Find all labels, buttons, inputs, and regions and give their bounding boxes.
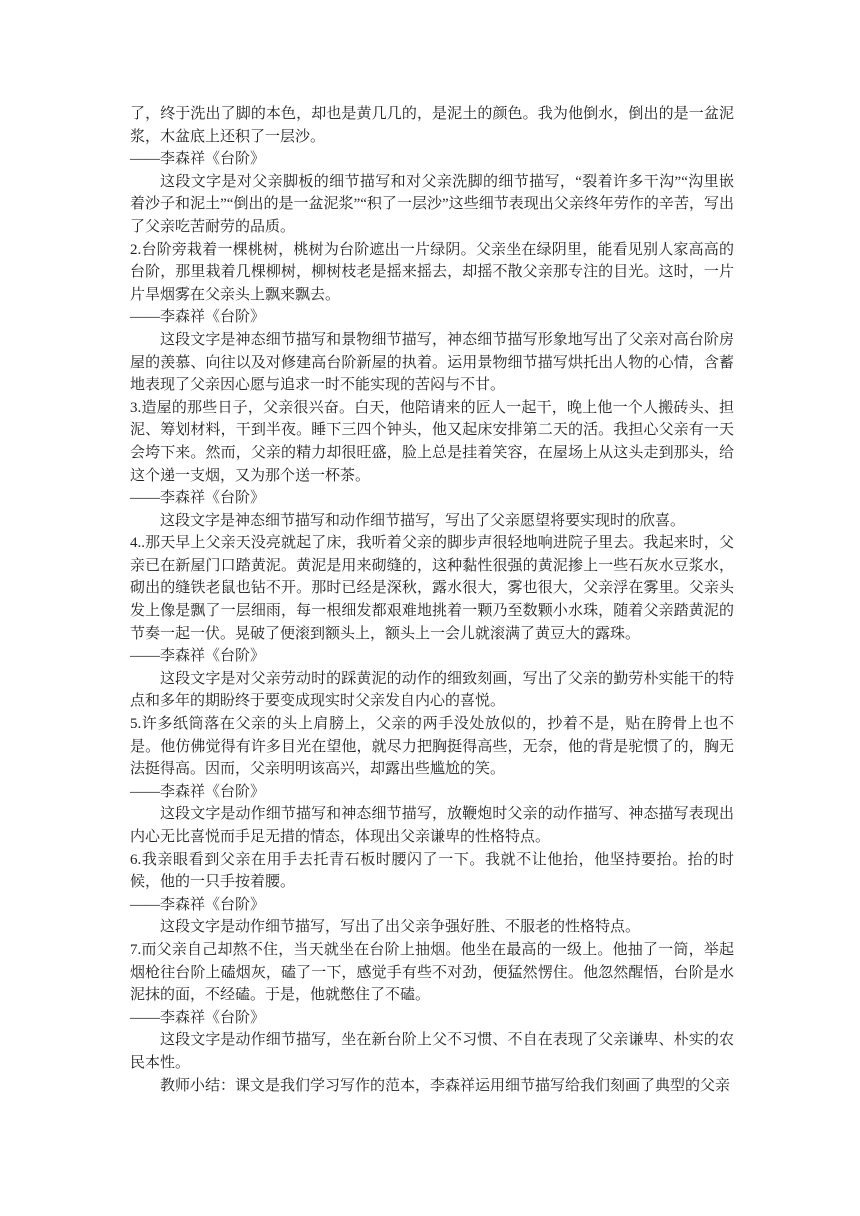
excerpt-paragraph: 6.我亲眼看到父亲在用手去托青石板时腰闪了一下。我就不让他抬，他坚持要抬。抬的时… (130, 849, 734, 894)
passage-section-2: 2.台阶旁栽着一棵桃树，桃树为台阶遮出一片绿阴。父亲坐在绿阴里，能看见别人家高高… (130, 239, 734, 397)
attribution-line: ——李森祥《台阶》 (130, 894, 734, 917)
excerpt-paragraph: 7.而父亲自己却熬不住，当天就坐在台阶上抽烟。他坐在最高的一级上。他抽了一筒，举… (130, 939, 734, 1007)
excerpt-paragraph: 4..那天早上父亲天没亮就起了床，我听着父亲的脚步声很轻地响进院子里去。我起来时… (130, 532, 734, 645)
document-content: 了，终于洗出了脚的本色，却也是黄几几的，是泥土的颜色。我为他倒水，倒出的是一盆泥… (130, 103, 734, 1097)
passage-section-5: 5.许多纸筒落在父亲的头上肩膀上，父亲的两手没处放似的，抄着不是，贴在胯骨上也不… (130, 713, 734, 849)
passage-section-4: 4..那天早上父亲天没亮就起了床，我听着父亲的脚步声很轻地响进院子里去。我起来时… (130, 532, 734, 713)
analysis-paragraph: 这段文字是对父亲劳动时的踩黄泥的动作的细致刻画，写出了父亲的勤劳朴实能干的特点和… (130, 668, 734, 713)
attribution-line: ——李森祥《台阶》 (130, 487, 734, 510)
excerpt-paragraph: 了，终于洗出了脚的本色，却也是黄几几的，是泥土的颜色。我为他倒水，倒出的是一盆泥… (130, 103, 734, 148)
attribution-line: ——李森祥《台阶》 (130, 1007, 734, 1030)
passage-section-6: 6.我亲眼看到父亲在用手去托青石板时腰闪了一下。我就不让他抬，他坚持要抬。抬的时… (130, 849, 734, 939)
document-page: 了，终于洗出了脚的本色，却也是黄几几的，是泥土的颜色。我为他倒水，倒出的是一盆泥… (0, 0, 860, 1216)
analysis-paragraph: 这段文字是动作细节描写和神态细节描写，放鞭炮时父亲的动作描写、神态描写表现出内心… (130, 803, 734, 848)
attribution-line: ——李森祥《台阶》 (130, 781, 734, 804)
analysis-paragraph: 这段文字是动作细节描写，写出了出父亲争强好胜、不服老的性格特点。 (130, 916, 734, 939)
analysis-paragraph: 这段文字是神态细节描写和动作细节描写，写出了父亲愿望将要实现时的欣喜。 (130, 510, 734, 533)
passage-section-3: 3.造屋的那些日子，父亲很兴奋。白天，他陪请来的匠人一起干，晚上他一个人搬砖头、… (130, 397, 734, 533)
attribution-line: ——李森祥《台阶》 (130, 148, 734, 171)
passage-section-7: 7.而父亲自己却熬不住，当天就坐在台阶上抽烟。他坐在最高的一级上。他抽了一筒，举… (130, 939, 734, 1075)
attribution-line: ——李森祥《台阶》 (130, 645, 734, 668)
analysis-paragraph: 这段文字是对父亲脚板的细节描写和对父亲洗脚的细节描写，“裂着许多干沟”“沟里嵌着… (130, 171, 734, 239)
excerpt-paragraph: 3.造屋的那些日子，父亲很兴奋。白天，他陪请来的匠人一起干，晚上他一个人搬砖头、… (130, 397, 734, 487)
analysis-paragraph: 这段文字是神态细节描写和景物细节描写，神态细节描写形象地写出了父亲对高台阶房屋的… (130, 329, 734, 397)
analysis-paragraph: 这段文字是动作细节描写，坐在新台阶上父不习惯、不自在表现了父亲谦卑、朴实的农民本… (130, 1029, 734, 1074)
excerpt-paragraph: 2.台阶旁栽着一棵桃树，桃树为台阶遮出一片绿阴。父亲坐在绿阴里，能看见别人家高高… (130, 239, 734, 307)
teacher-summary: 教师小结：课文是我们学习写作的范本，李森祥运用细节描写给我们刻画了典型的父亲 (130, 1075, 734, 1098)
passage-section-1: 了，终于洗出了脚的本色，却也是黄几几的，是泥土的颜色。我为他倒水，倒出的是一盆泥… (130, 103, 734, 239)
excerpt-paragraph: 5.许多纸筒落在父亲的头上肩膀上，父亲的两手没处放似的，抄着不是，贴在胯骨上也不… (130, 713, 734, 781)
attribution-line: ——李森祥《台阶》 (130, 306, 734, 329)
